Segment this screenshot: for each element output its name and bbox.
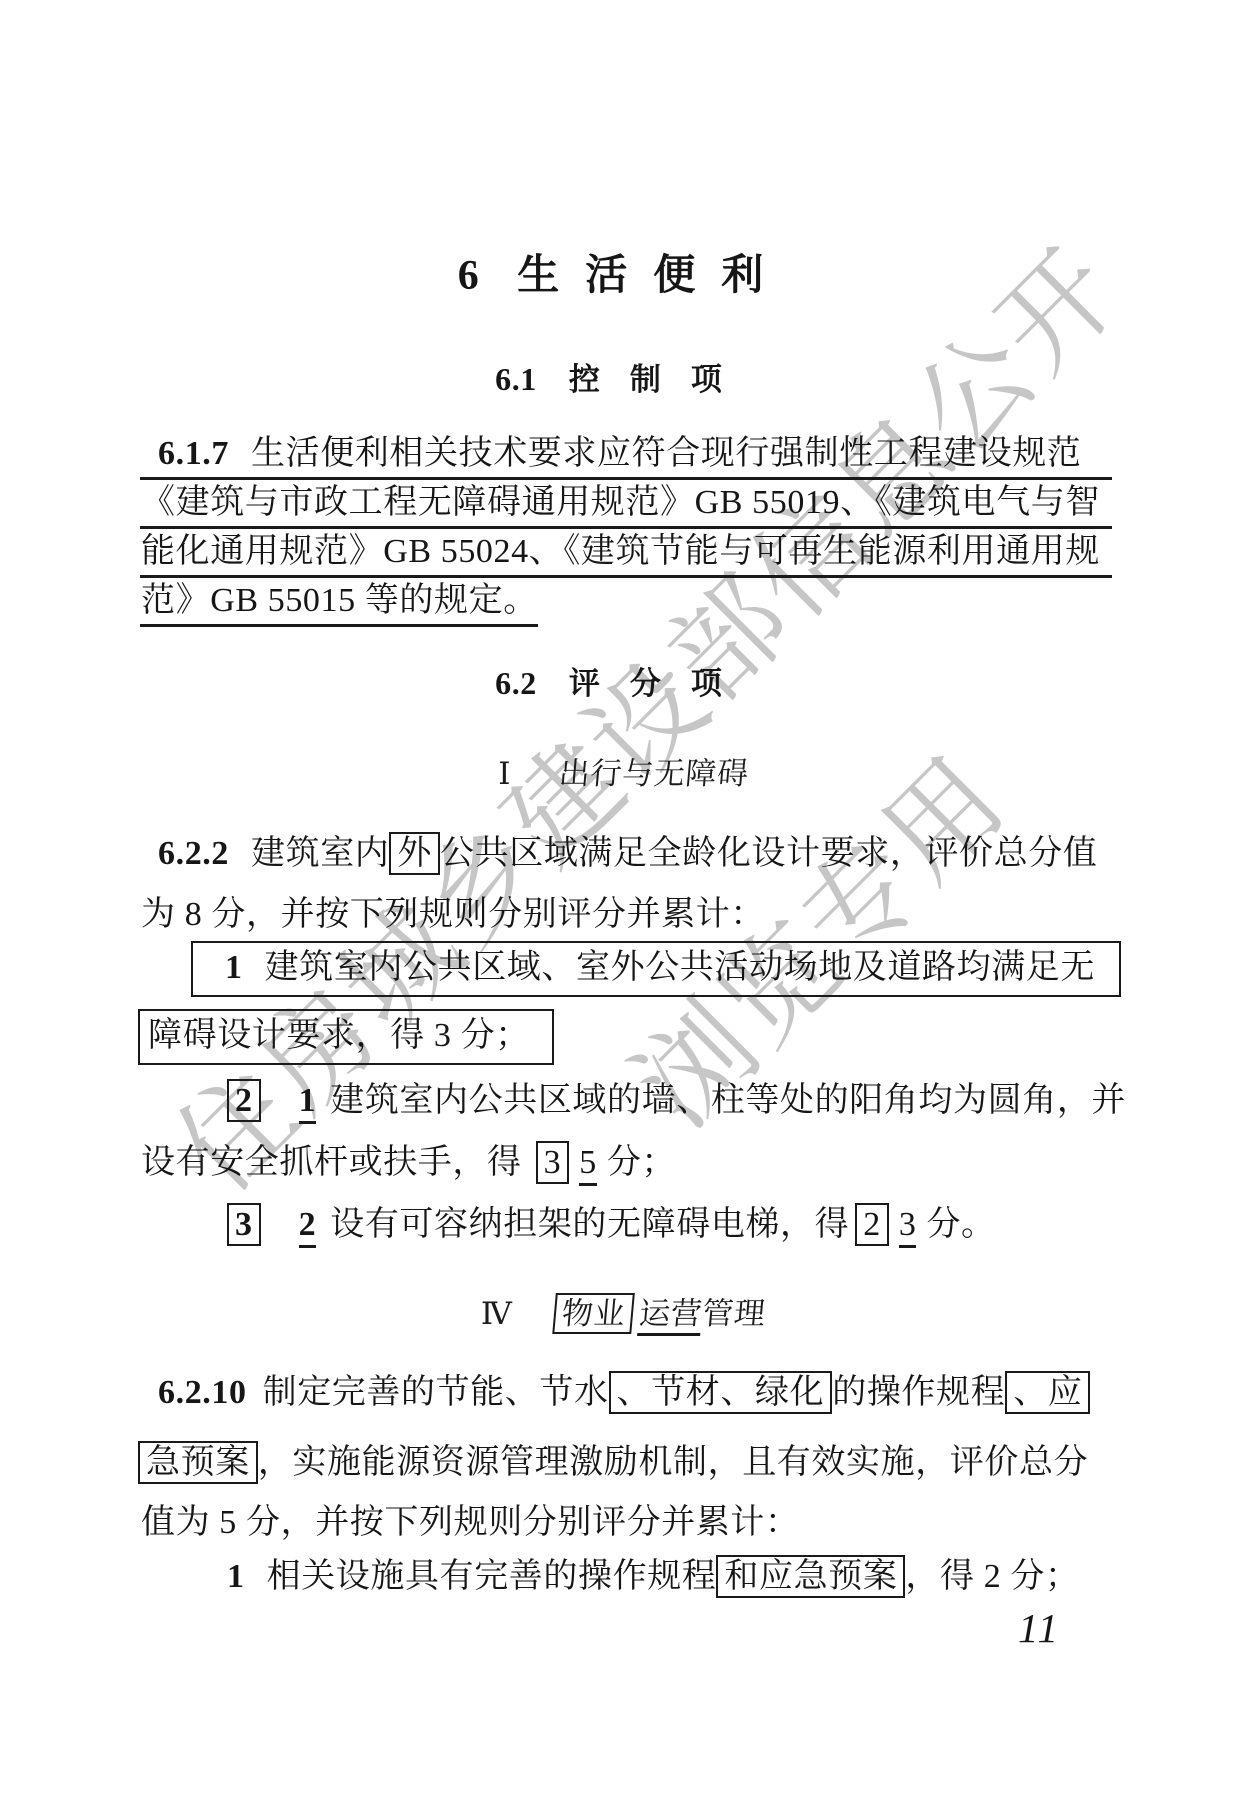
revision-underline-2 — [140, 526, 1112, 529]
section-6-2-number: 6.2 — [495, 665, 537, 701]
subsection-1-title: 出行与无障碍 — [557, 751, 751, 797]
clause-622-item3-boxed-number: 3 — [227, 1203, 261, 1246]
page-content: 6生活便利 6.1控制项 6.1.7生活便利相关技术要求应符合现行强制性工程建设… — [0, 0, 1247, 1804]
revision-underline-3 — [140, 575, 1112, 578]
clause-622-item3-added-score: 3 — [899, 1206, 917, 1248]
section-6-1-title: 控制项 — [569, 362, 752, 397]
clause-622-item2-text1: 建筑室内公共区域的墙、柱等处的阳角均为圆角，并 — [330, 1082, 1126, 1119]
section-6-2-heading: 6.2评分项 — [0, 660, 1247, 707]
clause-6210-line1-box2: 、应 — [1005, 1371, 1090, 1414]
clause-622-item2-added-number: 1 — [299, 1082, 317, 1124]
section-6-1-heading: 6.1控制项 — [0, 356, 1247, 403]
clause-622-item1-box-row2: 障碍设计要求，得 3 分； — [138, 1009, 554, 1065]
subsection-4-boxed-text: 物业 — [553, 1293, 636, 1334]
clause-622-item3-text: 设有可容纳担架的无障碍电梯，得 — [330, 1206, 849, 1243]
clause-622-item2-line1: 21建筑室内公共区域的墙、柱等处的阳角均为圆角，并 — [227, 1079, 1126, 1123]
clause-622-line1-pre: 建筑室内 — [251, 835, 389, 872]
clause-622-item1-row1-text: 1建筑室内公共区域、室外公共活动场地及道路均满足无 — [193, 943, 1119, 993]
page-number: 11 — [1018, 1604, 1060, 1652]
chapter-title-text: 生活便利 — [517, 253, 789, 299]
clause-622-line1-post: 公共区域满足全龄化设计要求，评价总分值 — [440, 835, 1097, 872]
clause-6210-line2-box: 急预案 — [138, 1441, 258, 1484]
clause-6210-item1-pre: 相关设施具有完善的操作规程 — [267, 1558, 717, 1595]
clause-622-item2-boxed-score: 3 — [536, 1141, 570, 1184]
clause-6210-label: 6.2.10 — [158, 1374, 247, 1411]
subsection-4-added-text: 运营 — [638, 1296, 705, 1336]
clause-622-item1-box-row1: 1建筑室内公共区域、室外公共活动场地及道路均满足无 — [191, 941, 1121, 997]
subsection-4-heading: Ⅳ物业运营管理 — [0, 1291, 1247, 1337]
clause-6210-item1-number: 1 — [227, 1558, 245, 1595]
clause-617-line3: 能化通用规范》GB 55024、《建筑节能与可再生能源利用通用规 — [141, 530, 1100, 574]
clause-6210-line2-rest: ，实施能源资源管理激励机制，且有效实施，评价总分 — [258, 1444, 1088, 1481]
clause-6210-line1-box1: 、节材、绿化 — [609, 1371, 833, 1414]
chapter-title: 6生活便利 — [0, 248, 1247, 304]
clause-622-item2-line2-pre: 设有安全抓杆或扶手，得 — [141, 1144, 522, 1181]
clause-617-line1: 6.1.7生活便利相关技术要求应符合现行强制性工程建设规范 — [158, 432, 1081, 476]
subsection-1-heading: Ⅰ出行与无障碍 — [0, 751, 1247, 797]
clause-6210-line1: 6.2.10制定完善的节能、节水、节材、绿化的操作规程、应 — [158, 1371, 1090, 1415]
clause-617-line4: 范》GB 55015 等的规定。 — [141, 579, 538, 623]
subsection-4-numeral: Ⅳ — [481, 1296, 513, 1331]
clause-617-line2: 《建筑与市政工程无障碍通用规范》GB 55019、《建筑电气与智 — [141, 481, 1100, 525]
subsection-4-title-rest: 管理 — [701, 1296, 767, 1331]
clause-622-line1-boxed-char: 外 — [389, 832, 440, 875]
clause-6210-line1-mid: 的操作规程 — [832, 1374, 1005, 1411]
clause-622-item2-boxed-number: 2 — [227, 1079, 261, 1122]
revision-underline-4 — [140, 624, 538, 627]
clause-6210-line1-pre: 制定完善的节能、节水 — [263, 1374, 609, 1411]
clause-622-line2: 为 8 分，并按下列规则分别评分并累计： — [141, 893, 765, 937]
clause-622-item2-added-score: 5 — [579, 1144, 597, 1186]
clause-622-label: 6.2.2 — [158, 835, 229, 872]
clause-622-item3-post: 分。 — [926, 1206, 995, 1243]
clause-622-item2-line2-post: 分； — [607, 1144, 676, 1181]
clause-617-label: 6.1.7 — [158, 435, 229, 472]
clause-622-item3-line: 32设有可容纳担架的无障碍电梯，得23分。 — [227, 1203, 996, 1247]
clause-6210-item1-line: 1相关设施具有完善的操作规程和应急预案，得 2 分； — [227, 1555, 1080, 1599]
clause-617-text1: 生活便利相关技术要求应符合现行强制性工程建设规范 — [251, 435, 1081, 472]
section-6-2-title: 评分项 — [569, 666, 752, 701]
clause-622-item3-added-number: 2 — [299, 1206, 317, 1248]
document-page: 住房城乡建设部信息公开 浏览专用 6生活便利 6.1控制项 6.1.7生活便利相… — [0, 0, 1247, 1804]
clause-6210-item1-post: ，得 2 分； — [905, 1558, 1079, 1595]
revision-underline-1 — [140, 477, 1112, 480]
clause-622-item1-number: 1 — [225, 949, 243, 986]
clause-622-item1-row2-text: 障碍设计要求，得 3 分； — [140, 1011, 552, 1061]
clause-622-item2-line2: 设有安全抓杆或扶手，得35分； — [141, 1141, 676, 1185]
clause-6210-line2: 急预案，实施能源资源管理激励机制，且有效实施，评价总分 — [138, 1441, 1088, 1485]
section-6-1-number: 6.1 — [495, 361, 537, 397]
subsection-1-numeral: Ⅰ — [498, 756, 511, 791]
clause-6210-line3: 值为 5 分，并按下列规则分别评分并累计： — [141, 1501, 800, 1545]
clause-622-line1: 6.2.2建筑室内外公共区域满足全龄化设计要求，评价总分值 — [158, 832, 1097, 876]
clause-622-item3-boxed-score: 2 — [855, 1203, 889, 1246]
clause-6210-item1-box: 和应急预案 — [716, 1555, 905, 1598]
chapter-number: 6 — [458, 253, 480, 299]
clause-622-item1-line1: 建筑室内公共区域、室外公共活动场地及道路均满足无 — [265, 949, 1095, 986]
